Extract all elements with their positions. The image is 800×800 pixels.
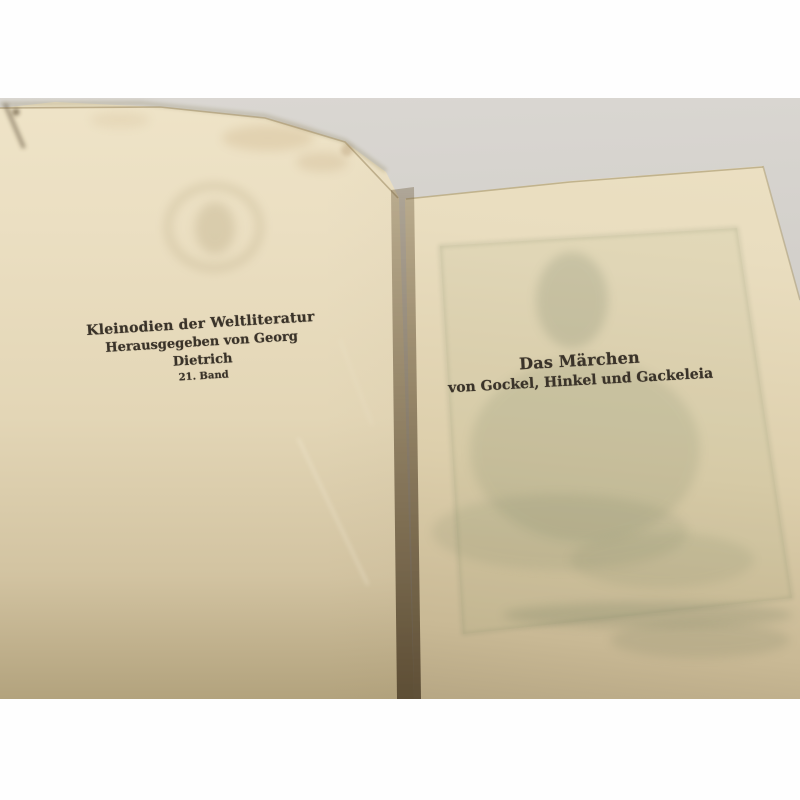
photo-frame-top: [0, 0, 800, 98]
photo-frame-bottom: [0, 699, 800, 800]
left-page-imprint: Kleinodien der Weltliteratur Herausgegeb…: [84, 307, 320, 391]
